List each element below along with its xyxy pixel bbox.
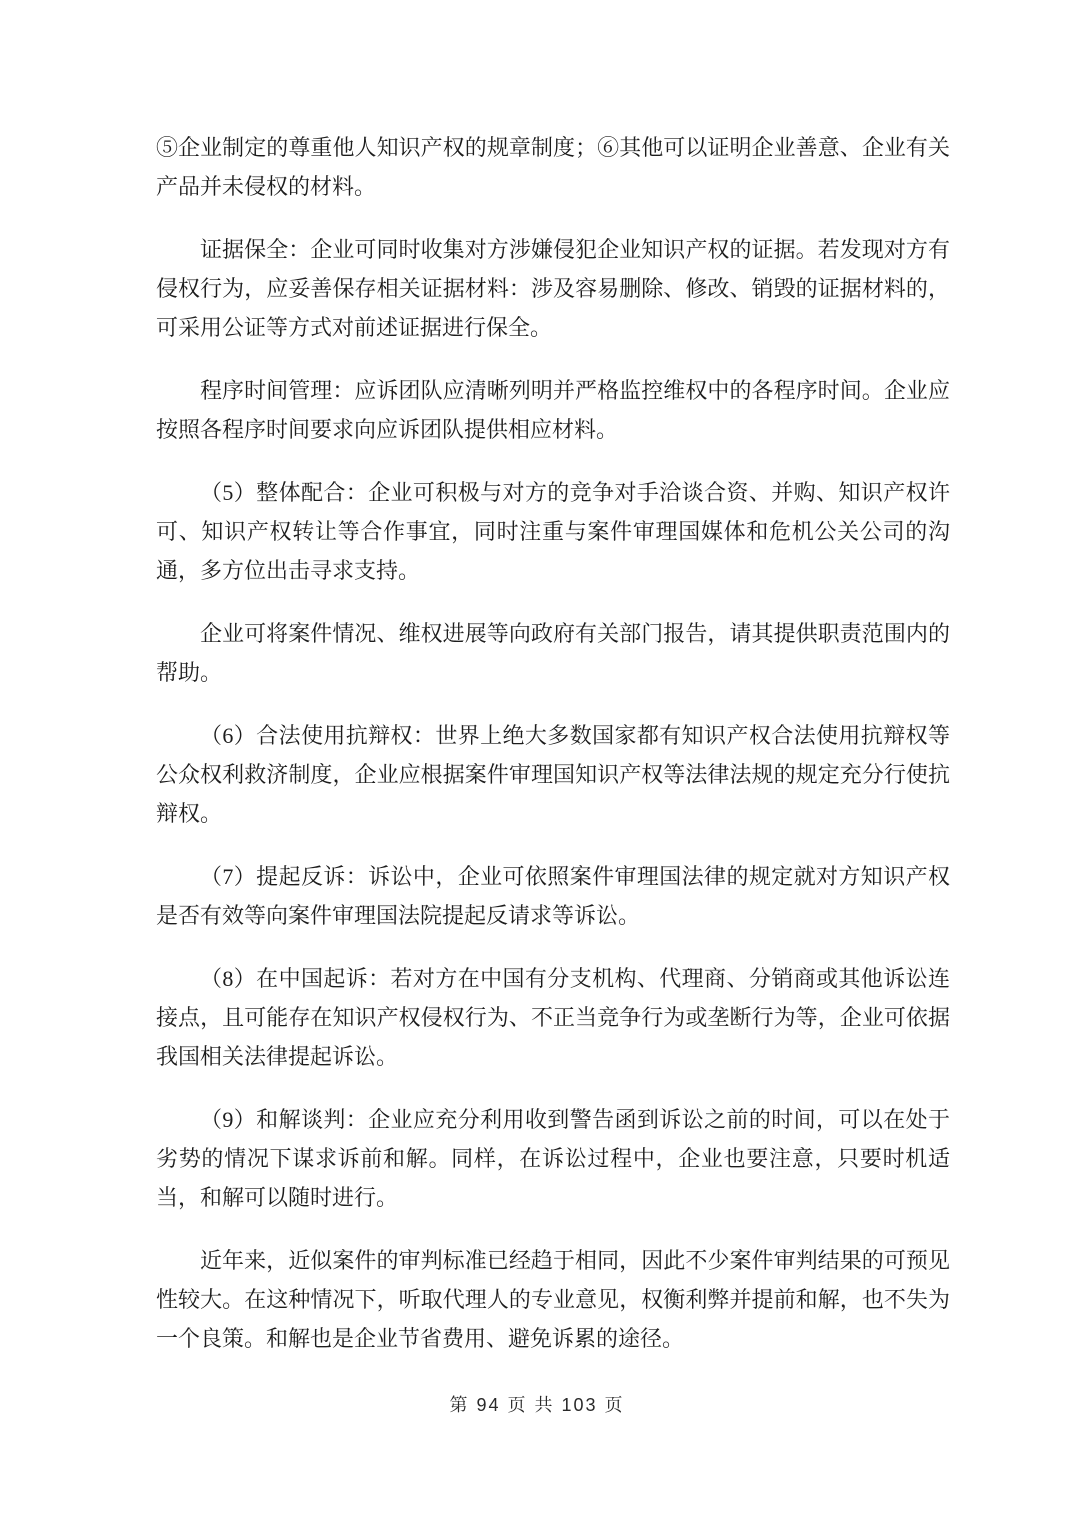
paragraph: 近年来，近似案件的审判标准已经趋于相同，因此不少案件审判结果的可预见性较大。在这… [156, 1241, 950, 1358]
page-footer: 第 94 页 共 103 页 [0, 1392, 1074, 1418]
paragraph: （8）在中国起诉：若对方在中国有分支机构、代理商、分销商或其他诉讼连接点，且可能… [156, 959, 950, 1076]
paragraph: （6）合法使用抗辩权：世界上绝大多数国家都有知识产权合法使用抗辩权等公众权利救济… [156, 716, 950, 833]
page-number-text: 第 94 页 共 103 页 [449, 1395, 624, 1415]
paragraph: （7）提起反诉：诉讼中，企业可依照案件审理国法律的规定就对方知识产权是否有效等向… [156, 857, 950, 935]
document-page: ⑤企业制定的尊重他人知识产权的规章制度；⑥其他可以证明企业善意、企业有关产品并未… [0, 0, 1074, 1520]
paragraph: ⑤企业制定的尊重他人知识产权的规章制度；⑥其他可以证明企业善意、企业有关产品并未… [156, 128, 950, 206]
document-body: ⑤企业制定的尊重他人知识产权的规章制度；⑥其他可以证明企业善意、企业有关产品并未… [156, 128, 950, 1382]
paragraph: （9）和解谈判：企业应充分利用收到警告函到诉讼之前的时间，可以在处于劣势的情况下… [156, 1100, 950, 1217]
paragraph: 证据保全：企业可同时收集对方涉嫌侵犯企业知识产权的证据。若发现对方有侵权行为，应… [156, 230, 950, 347]
paragraph: （5）整体配合：企业可积极与对方的竞争对手洽谈合资、并购、知识产权许可、知识产权… [156, 473, 950, 590]
paragraph: 企业可将案件情况、维权进展等向政府有关部门报告，请其提供职责范围内的帮助。 [156, 614, 950, 692]
paragraph: 程序时间管理：应诉团队应清晰列明并严格监控维权中的各程序时间。企业应按照各程序时… [156, 371, 950, 449]
